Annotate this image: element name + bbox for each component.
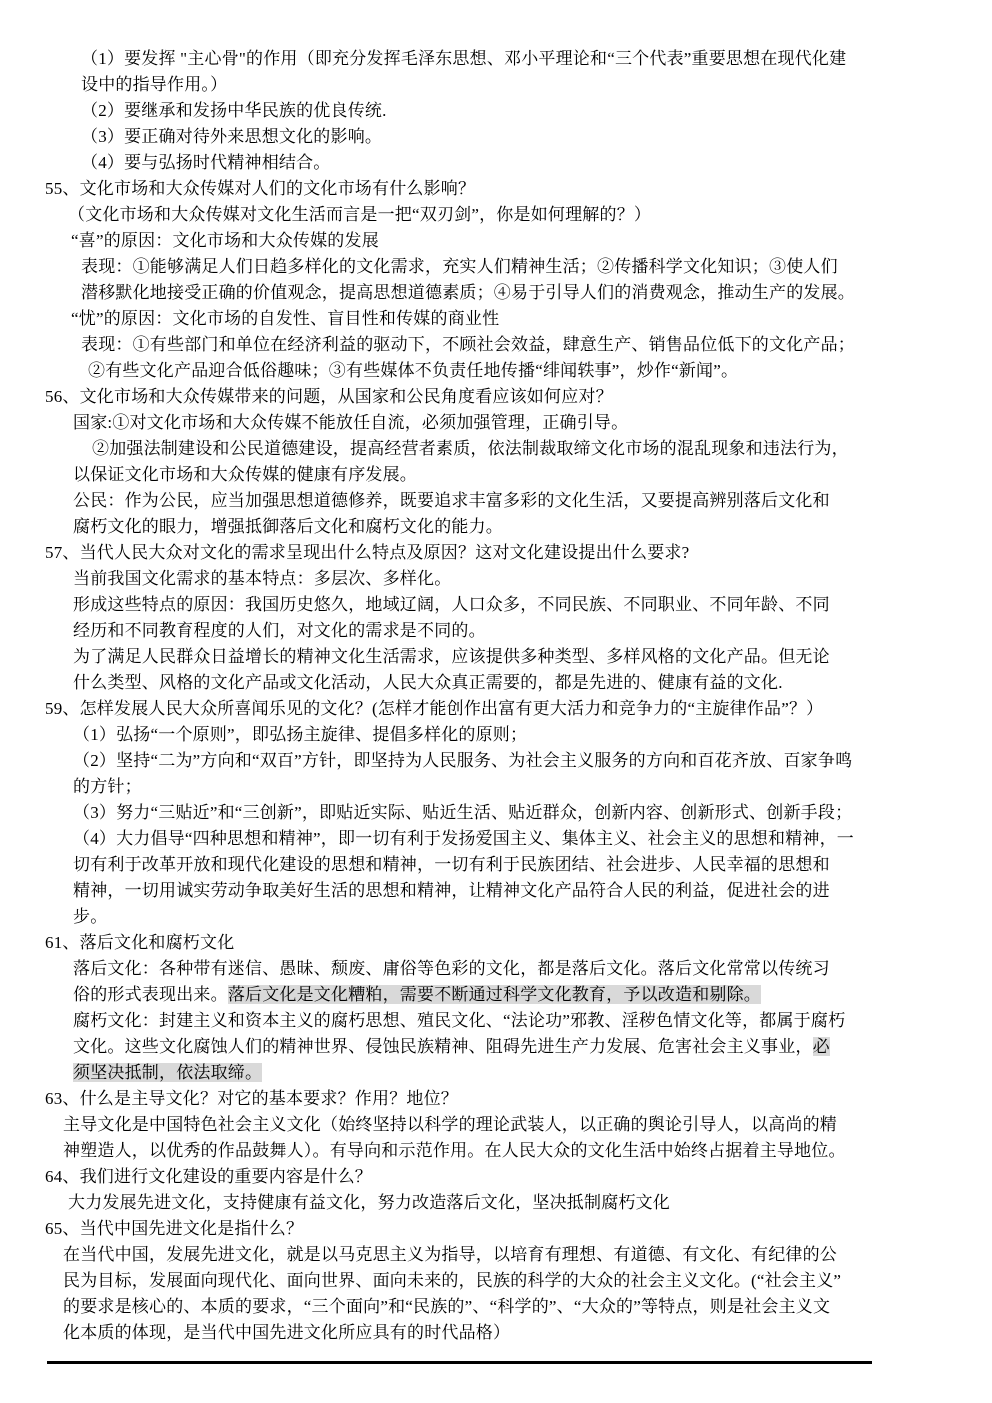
text-segment: 的要求是核心的、本质的要求，“三个面向”和“民族的”、“科学的”、“大众的”等特… — [63, 1297, 830, 1316]
highlighted-text: 落后文化是文化糟粕，需要不断通过科学文化教育，予以改造和剔除。 — [228, 985, 761, 1004]
text-line: 经历和不同教育程度的人们，对文化的需求是不同的。 — [0, 618, 992, 644]
text-segment: 63、什么是主导文化？对它的基本要求？作用？地位？ — [45, 1089, 458, 1108]
text-segment: ②有些文化产品迎合低俗趣味；③有些媒体不负责任地传播“绯闻轶事”，炒作“新闻”。 — [88, 361, 738, 380]
text-segment: （4）要与弘扬时代精神相结合。 — [81, 153, 331, 172]
text-line: （1）弘扬“一个原则”，即弘扬主旋律、提倡多样化的原则； — [0, 722, 992, 748]
text-line: （4）要与弘扬时代精神相结合。 — [0, 150, 992, 176]
text-line: 56、文化市场和大众传媒带来的问题，从国家和公民角度看应该如何应对？ — [0, 384, 992, 410]
text-segment: 当前我国文化需求的基本特点：多层次、多样化。 — [73, 569, 451, 588]
text-segment: 61、落后文化和腐朽文化 — [45, 933, 234, 952]
text-segment: （文化市场和大众传媒对文化生活而言是一把“双刃剑”，你是如何理解的？） — [68, 205, 651, 224]
text-line: 腐朽文化的眼力，增强抵御落后文化和腐朽文化的能力。 — [0, 514, 992, 540]
text-segment: 的方针； — [73, 777, 142, 796]
text-line: 须坚决抵制，依法取缔。 — [0, 1060, 992, 1086]
text-line: “喜”的原因：文化市场和大众传媒的发展 — [0, 228, 992, 254]
text-segment: 什么类型、风格的文化产品或文化活动，人民大众真正需要的，都是先进的、健康有益的文… — [73, 673, 783, 692]
text-line: 俗的形式表现出来。落后文化是文化糟粕，需要不断通过科学文化教育，予以改造和剔除。 — [0, 982, 992, 1008]
text-line: 形成这些特点的原因：我国历史悠久，地域辽阔，人口众多，不同民族、不同职业、不同年… — [0, 592, 992, 618]
text-segment: 为了满足人民群众日益增长的精神文化生活需求，应该提供多种类型、多样风格的文化产品… — [73, 647, 830, 666]
text-line: 在当代中国，发展先进文化，就是以马克思主义为指导，以培育有理想、有道德、有文化、… — [0, 1242, 992, 1268]
text-line: 主导文化是中国特色社会主义文化（始终坚持以科学的理论武装人，以正确的舆论引导人，… — [0, 1112, 992, 1138]
text-segment: 形成这些特点的原因：我国历史悠久，地域辽阔，人口众多，不同民族、不同职业、不同年… — [73, 595, 830, 614]
text-line: （3）要正确对待外来思想文化的影响。 — [0, 124, 992, 150]
text-segment: 文化。这些文化腐蚀人们的精神世界、侵蚀民族精神、阻碍先进生产力发展、危害社会主义… — [73, 1037, 813, 1056]
text-line: 民为目标，发展面向现代化、面向世界、面向未来的，民族的科学的大众的社会主义文化。… — [0, 1268, 992, 1294]
text-line: 的要求是核心的、本质的要求，“三个面向”和“民族的”、“科学的”、“大众的”等特… — [0, 1294, 992, 1320]
text-line: 57、当代人民大众对文化的需求呈现出什么特点及原因？这对文化建设提出什么要求? — [0, 540, 992, 566]
text-segment: （2）要继承和发扬中华民族的优良传统. — [81, 101, 387, 120]
text-line: 64、我们进行文化建设的重要内容是什么？ — [0, 1164, 992, 1190]
text-segment: （1）弘扬“一个原则”，即弘扬主旋律、提倡多样化的原则； — [73, 725, 527, 744]
text-line: 55、文化市场和大众传媒对人们的文化市场有什么影响？ — [0, 176, 992, 202]
text-segment: 落后文化：各种带有迷信、愚昧、颓废、庸俗等色彩的文化，都是落后文化。落后文化常常… — [73, 959, 830, 978]
text-line: （3）努力“三贴近”和“三创新”，即贴近实际、贴近生活、贴近群众，创新内容、创新… — [0, 800, 992, 826]
document-page: （1）要发挥 "主心骨"的作用（即充分发挥毛泽东思想、邓小平理论和“三个代表”重… — [0, 0, 992, 1403]
text-line: 切有利于改革开放和现代化建设的思想和精神，一切有利于民族团结、社会进步、人民幸福… — [0, 852, 992, 878]
text-segment: 表现：①有些部门和单位在经济利益的驱动下，不顾社会效益，肆意生产、销售品位低下的… — [81, 335, 855, 354]
text-line: 化本质的体现，是当代中国先进文化所应具有的时代品格） — [0, 1320, 992, 1346]
text-segment: 65、当代中国先进文化是指什么？ — [45, 1219, 303, 1238]
text-segment: 国家:①对文化市场和大众传媒不能放任自流，必须加强管理，正确引导。 — [73, 413, 628, 432]
footer-divider-line — [47, 1361, 872, 1364]
text-segment: ②加强法制建设和公民道德建设，提高经营者素质，依法制裁取缔文化市场的混乱现象和违… — [92, 439, 849, 458]
text-line: 步。 — [0, 904, 992, 930]
text-segment: “喜”的原因：文化市场和大众传媒的发展 — [71, 231, 379, 250]
text-line: （4）大力倡导“四种思想和精神”，即一切有利于发扬爱国主义、集体主义、社会主义的… — [0, 826, 992, 852]
text-segment: 神塑造人，以优秀的作品鼓舞人）。有导向和示范作用。在人民大众的文化生活中始终占据… — [63, 1141, 846, 1160]
text-segment: 民为目标，发展面向现代化、面向世界、面向未来的，民族的科学的大众的社会主义文化。… — [63, 1271, 841, 1290]
document-lines: （1）要发挥 "主心骨"的作用（即充分发挥毛泽东思想、邓小平理论和“三个代表”重… — [0, 0, 992, 1346]
text-segment: 腐朽文化的眼力，增强抵御落后文化和腐朽文化的能力。 — [73, 517, 503, 536]
text-line: “忧”的原因：文化市场的自发性、盲目性和传媒的商业性 — [0, 306, 992, 332]
text-segment: 在当代中国，发展先进文化，就是以马克思主义为指导，以培育有理想、有道德、有文化、… — [63, 1245, 837, 1264]
text-segment: （3）努力“三贴近”和“三创新”，即贴近实际、贴近生活、贴近群众，创新内容、创新… — [73, 803, 852, 822]
text-line: 为了满足人民群众日益增长的精神文化生活需求，应该提供多种类型、多样风格的文化产品… — [0, 644, 992, 670]
text-line: 当前我国文化需求的基本特点：多层次、多样化。 — [0, 566, 992, 592]
highlighted-text: 必 — [813, 1037, 830, 1056]
text-line: 的方针； — [0, 774, 992, 800]
text-segment: （4）大力倡导“四种思想和精神”，即一切有利于发扬爱国主义、集体主义、社会主义的… — [73, 829, 854, 848]
text-segment: 55、文化市场和大众传媒对人们的文化市场有什么影响？ — [45, 179, 475, 198]
text-line: （1）要发挥 "主心骨"的作用（即充分发挥毛泽东思想、邓小平理论和“三个代表”重… — [0, 46, 992, 72]
text-segment: 步。 — [73, 907, 107, 926]
text-segment: 俗的形式表现出来。 — [73, 985, 228, 1004]
text-segment: 57、当代人民大众对文化的需求呈现出什么特点及原因？这对文化建设提出什么要求? — [45, 543, 689, 562]
text-line: 国家:①对文化市场和大众传媒不能放任自流，必须加强管理，正确引导。 — [0, 410, 992, 436]
text-line: （文化市场和大众传媒对文化生活而言是一把“双刃剑”，你是如何理解的？） — [0, 202, 992, 228]
text-segment: 设中的指导作用。） — [81, 75, 227, 94]
text-line: 落后文化：各种带有迷信、愚昧、颓废、庸俗等色彩的文化，都是落后文化。落后文化常常… — [0, 956, 992, 982]
text-line: 潜移默化地接受正确的价值观念，提高思想道德素质；④易于引导人们的消费观念，推动生… — [0, 280, 992, 306]
text-line: 文化。这些文化腐蚀人们的精神世界、侵蚀民族精神、阻碍先进生产力发展、危害社会主义… — [0, 1034, 992, 1060]
text-line: 腐朽文化：封建主义和资本主义的腐朽思想、殖民文化、“法论功”邪教、淫秽色情文化等… — [0, 1008, 992, 1034]
text-segment: 以保证文化市场和大众传媒的健康有序发展。 — [73, 465, 417, 484]
text-line: 大力发展先进文化，支持健康有益文化，努力改造落后文化，坚决抵制腐朽文化 — [0, 1190, 992, 1216]
text-line: 表现：①有些部门和单位在经济利益的驱动下，不顾社会效益，肆意生产、销售品位低下的… — [0, 332, 992, 358]
text-segment: 56、文化市场和大众传媒带来的问题，从国家和公民角度看应该如何应对？ — [45, 387, 613, 406]
text-segment: 公民：作为公民，应当加强思想道德修养，既要追求丰富多彩的文化生活，又要提高辨别落… — [73, 491, 830, 510]
text-line: 63、什么是主导文化？对它的基本要求？作用？地位？ — [0, 1086, 992, 1112]
text-line: 公民：作为公民，应当加强思想道德修养，既要追求丰富多彩的文化生活，又要提高辨别落… — [0, 488, 992, 514]
text-segment: 大力发展先进文化，支持健康有益文化，努力改造落后文化，坚决抵制腐朽文化 — [68, 1193, 670, 1212]
highlighted-text: 须坚决抵制，依法取缔。 — [73, 1063, 262, 1082]
text-line: 以保证文化市场和大众传媒的健康有序发展。 — [0, 462, 992, 488]
text-segment: 主导文化是中国特色社会主义文化（始终坚持以科学的理论武装人，以正确的舆论引导人，… — [63, 1115, 837, 1134]
text-line: （2）坚持“二为”方向和“双百”方针，即坚持为人民服务、为社会主义服务的方向和百… — [0, 748, 992, 774]
text-segment: （3）要正确对待外来思想文化的影响。 — [81, 127, 382, 146]
text-segment: （1）要发挥 "主心骨"的作用（即充分发挥毛泽东思想、邓小平理论和“三个代表”重… — [81, 49, 846, 68]
text-segment: 切有利于改革开放和现代化建设的思想和精神，一切有利于民族团结、社会进步、人民幸福… — [73, 855, 830, 874]
text-segment: 经历和不同教育程度的人们，对文化的需求是不同的。 — [73, 621, 486, 640]
text-segment: 腐朽文化：封建主义和资本主义的腐朽思想、殖民文化、“法论功”邪教、淫秽色情文化等… — [73, 1011, 845, 1030]
text-line: 精神，一切用诚实劳动争取美好生活的思想和精神，让精神文化产品符合人民的利益，促进… — [0, 878, 992, 904]
text-line: 神塑造人，以优秀的作品鼓舞人）。有导向和示范作用。在人民大众的文化生活中始终占据… — [0, 1138, 992, 1164]
text-line: ②有些文化产品迎合低俗趣味；③有些媒体不负责任地传播“绯闻轶事”，炒作“新闻”。 — [0, 358, 992, 384]
text-line: 表现：①能够满足人们日趋多样化的文化需求，充实人们精神生活；②传播科学文化知识；… — [0, 254, 992, 280]
text-line: ②加强法制建设和公民道德建设，提高经营者素质，依法制裁取缔文化市场的混乱现象和违… — [0, 436, 992, 462]
text-segment: （2）坚持“二为”方向和“双百”方针，即坚持为人民服务、为社会主义服务的方向和百… — [73, 751, 852, 770]
text-line: （2）要继承和发扬中华民族的优良传统. — [0, 98, 992, 124]
text-segment: 精神，一切用诚实劳动争取美好生活的思想和精神，让精神文化产品符合人民的利益，促进… — [73, 881, 830, 900]
text-line: 设中的指导作用。） — [0, 72, 992, 98]
text-segment: 表现：①能够满足人们日趋多样化的文化需求，充实人们精神生活；②传播科学文化知识；… — [81, 257, 838, 276]
text-line: 什么类型、风格的文化产品或文化活动，人民大众真正需要的，都是先进的、健康有益的文… — [0, 670, 992, 696]
text-line: 61、落后文化和腐朽文化 — [0, 930, 992, 956]
text-segment: “忧”的原因：文化市场的自发性、盲目性和传媒的商业性 — [71, 309, 499, 328]
text-line: 65、当代中国先进文化是指什么？ — [0, 1216, 992, 1242]
text-segment: 59、怎样发展人民大众所喜闻乐见的文化？(怎样才能创作出富有更大活力和竞争力的“… — [45, 699, 823, 718]
text-segment: 化本质的体现，是当代中国先进文化所应具有的时代品格） — [63, 1323, 510, 1342]
text-segment: 64、我们进行文化建设的重要内容是什么？ — [45, 1167, 372, 1186]
text-segment: 潜移默化地接受正确的价值观念，提高思想道德素质；④易于引导人们的消费观念，推动生… — [81, 283, 855, 302]
text-line: 59、怎样发展人民大众所喜闻乐见的文化？(怎样才能创作出富有更大活力和竞争力的“… — [0, 696, 992, 722]
